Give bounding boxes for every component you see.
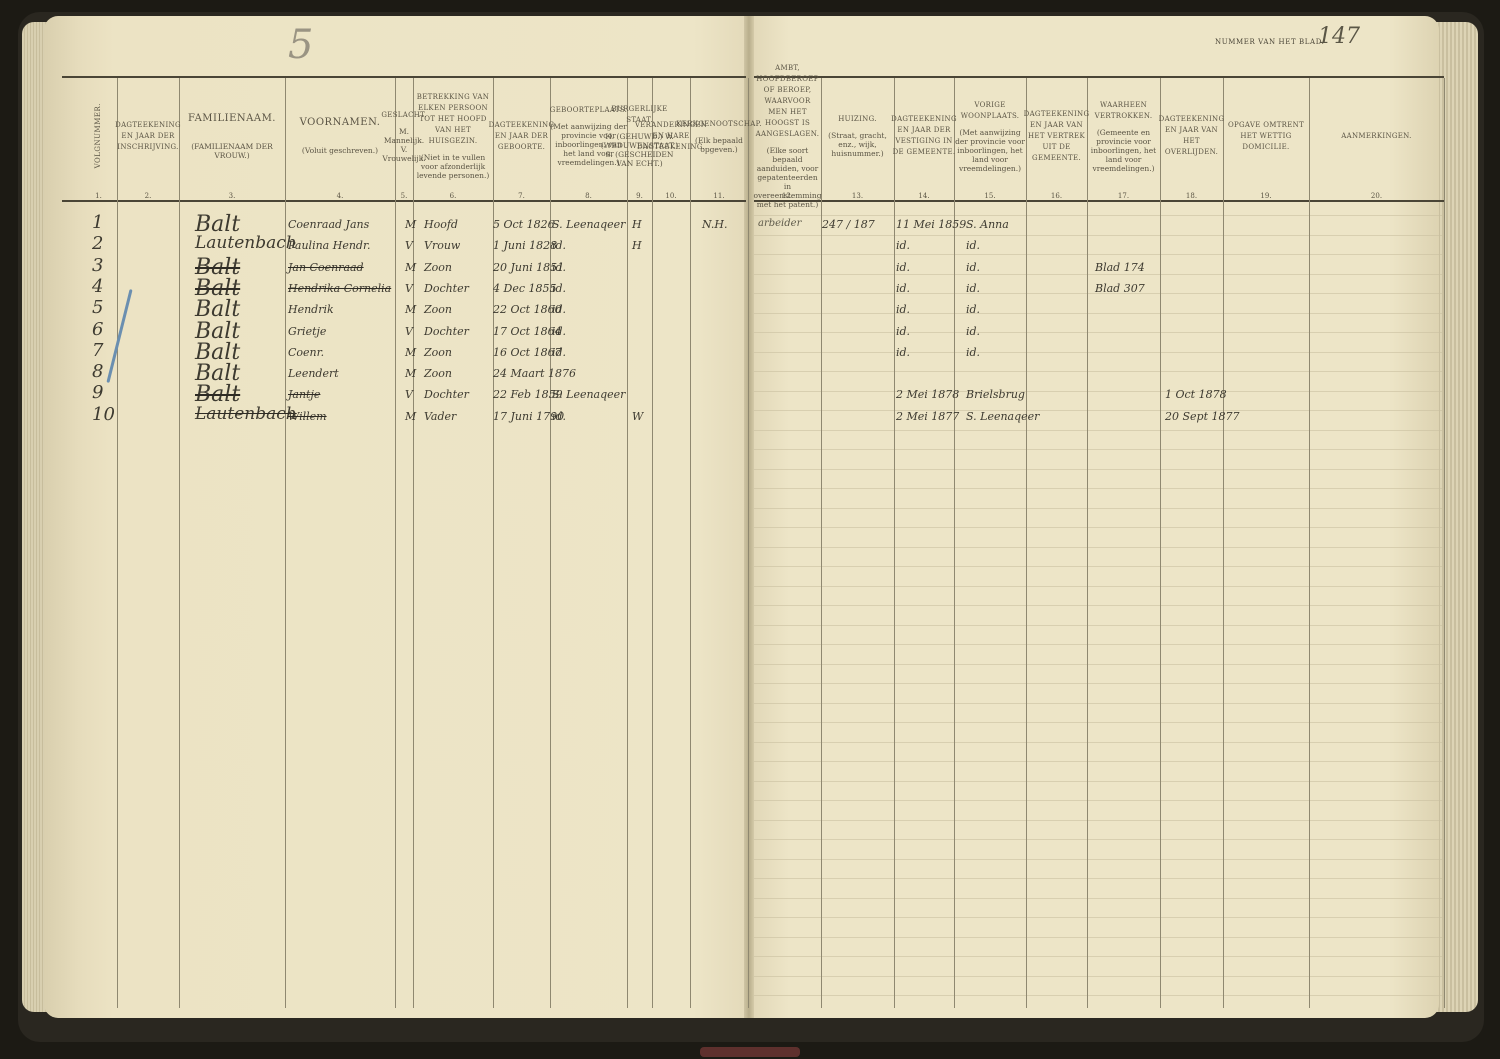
sex: M [405, 218, 416, 231]
pencil-mark: 5 [288, 22, 313, 68]
column-header: HUIZING.(Straat, gracht, enz., wijk, hui… [821, 82, 894, 190]
column-title: OPGAVE OMTRENT HET WETTIG DOMICILIE. [1223, 120, 1309, 153]
column-title: DAGTEEKENING EN JAAR DER VESTIGING IN DE… [891, 114, 957, 158]
ruled-line [754, 878, 1444, 879]
column-number: 17. [1087, 192, 1160, 200]
ruled-line [754, 605, 1444, 606]
relation: Dochter [424, 282, 469, 295]
relation: Vader [424, 410, 456, 423]
surname: Lautenbach [195, 233, 297, 253]
column-number: 4. [285, 192, 395, 200]
given-names: Jantje [288, 388, 320, 401]
column-subtitle: (Niet in te vullen voor afzonderlijk lev… [413, 153, 493, 180]
ruled-line [754, 508, 1444, 509]
column-header: AANMERKINGEN. [1309, 82, 1444, 190]
ruled-line [754, 449, 1444, 450]
ruled-line [754, 235, 1444, 236]
column-divider [690, 78, 691, 1008]
row-number: 2 [92, 233, 103, 254]
column-header: GESLACHT.M. Mannelijk. V. Vrouwelijk. [395, 82, 413, 190]
ruled-line [754, 644, 1444, 645]
sex: V [405, 388, 413, 401]
column-title: BETREKKING VAN ELKEN PERSOON TOT HET HOO… [413, 92, 493, 147]
ruled-line [754, 722, 1444, 723]
ruled-line [754, 547, 1444, 548]
ruled-line [754, 391, 1444, 392]
header-top-rule-right [754, 76, 1444, 78]
ruled-line [754, 430, 1444, 431]
given-names: Leendert [288, 367, 339, 380]
column-header: VOORNAMEN.(Voluit geschreven.) [285, 82, 395, 190]
sheet-number: 147 [1318, 24, 1360, 49]
column-title: VORIGE WOONPLAATS. [954, 100, 1026, 122]
column-divider [395, 78, 396, 1008]
column-number: 8. [550, 192, 627, 200]
column-subtitle: (Met aanwijzing der provincie voor inboo… [954, 128, 1026, 173]
birthplace: id. [552, 325, 566, 338]
given-names: Jan Coenraad [288, 261, 364, 274]
column-number: 6. [413, 192, 493, 200]
column-number: 11. [690, 192, 748, 200]
column-divider [1087, 78, 1088, 1008]
ruled-line [754, 781, 1444, 782]
sex: M [405, 367, 416, 380]
column-header: VERANDERINGEN EN HARE DAGTEEKENING. [652, 82, 690, 190]
column-title: DAGTEEKENING EN JAAR VAN HET OVERLIJDEN. [1159, 114, 1225, 158]
previous-residence: id. [966, 303, 980, 316]
column-title: FAMILIENAAM. [188, 113, 276, 124]
ruled-line [754, 820, 1444, 821]
column-number: 1. [80, 192, 117, 200]
birthplace: S. Leenaqeer [552, 218, 625, 231]
column-divider [652, 78, 653, 1008]
ruled-line [754, 859, 1444, 860]
sex: V [405, 239, 413, 252]
column-title: AMBT, HOOFDBEROEP OF BEROEP, WAARVOOR ME… [754, 63, 821, 140]
column-title: AANMERKINGEN. [1341, 131, 1411, 142]
row-number: 8 [92, 361, 103, 382]
column-divider [1444, 78, 1445, 1008]
previous-residence: Brielsbrug [966, 388, 1025, 401]
column-title: VOLGNUMMER. [93, 103, 104, 168]
column-title: KERKGENOOTSCHAP. [676, 119, 761, 130]
ruled-line [754, 995, 1444, 996]
column-number: 5. [395, 192, 413, 200]
given-names: Coenr. [288, 346, 324, 359]
settlement-date: 2 Mei 1877 [896, 410, 959, 423]
row-number: 4 [92, 276, 103, 297]
previous-residence: S. Anna [966, 218, 1009, 231]
column-header: DAGTEEKENING EN JAAR VAN HET OVERLIJDEN. [1160, 82, 1223, 190]
ruled-line [754, 469, 1444, 470]
ruled-line [754, 371, 1444, 372]
row-number: 10 [92, 404, 115, 425]
birth-date: 5 Oct 1826 [493, 218, 555, 231]
sheet-label: NUMMER VAN HET BLAD. [1215, 38, 1325, 46]
column-divider [1309, 78, 1310, 1008]
column-number: 20. [1309, 192, 1444, 200]
ruled-line [754, 254, 1444, 255]
ruled-line [754, 761, 1444, 762]
given-names: Grietje [288, 325, 326, 338]
row-number: 7 [92, 340, 103, 361]
relation: Dochter [424, 388, 469, 401]
column-header: DAGTEEKENING EN JAAR DER INSCHRIJVING. [117, 82, 179, 190]
relation: Zoon [424, 367, 452, 380]
birthplace: id. [552, 303, 566, 316]
column-title: HUIZING. [838, 114, 877, 125]
column-number: 10. [652, 192, 690, 200]
column-number: 9. [627, 192, 652, 200]
column-divider [1160, 78, 1161, 1008]
column-header: WAARHEEN VERTROKKEN.(Gemeente en provinc… [1087, 82, 1160, 190]
column-divider [748, 78, 749, 1008]
ruled-line [754, 566, 1444, 567]
departed-to: Blad 174 [1095, 261, 1145, 274]
column-header: BETREKKING VAN ELKEN PERSOON TOT HET HOO… [413, 82, 493, 190]
birthplace: S. Leenaqeer [552, 388, 625, 401]
religion: N.H. [702, 218, 728, 231]
birthplace: id. [552, 239, 566, 252]
previous-residence: id. [966, 239, 980, 252]
birthplace: id. [552, 261, 566, 274]
settlement-date: id. [896, 239, 910, 252]
column-header: KERKGENOOTSCHAP.(Elk bepaald opgeven.) [690, 82, 748, 190]
settlement-date: id. [896, 303, 910, 316]
column-header: AMBT, HOOFDBEROEP OF BEROEP, WAARVOOR ME… [754, 82, 821, 190]
previous-residence: id. [966, 325, 980, 338]
ruled-line [754, 683, 1444, 684]
column-subtitle: (FAMILIENAAM DER VROUW.) [179, 142, 285, 160]
column-subtitle: (Elk bepaald opgeven.) [690, 136, 748, 154]
ruled-line [754, 703, 1444, 704]
settlement-date: id. [896, 261, 910, 274]
birth-date: 1 Juni 1828 [493, 239, 557, 252]
settlement-date: id. [896, 282, 910, 295]
relation: Zoon [424, 261, 452, 274]
previous-residence: id. [966, 346, 980, 359]
column-number: 19. [1223, 192, 1309, 200]
column-header: FAMILIENAAM.(FAMILIENAAM DER VROUW.) [179, 82, 285, 190]
birth-date: 4 Dec 1855 [493, 282, 556, 295]
ruled-line [754, 898, 1444, 899]
header-bottom-rule-right [754, 200, 1444, 202]
ruled-line [754, 313, 1444, 314]
ruled-line [754, 956, 1444, 957]
sex: M [405, 346, 416, 359]
settlement-date: id. [896, 346, 910, 359]
ruled-line [754, 527, 1444, 528]
relation: Zoon [424, 346, 452, 359]
civil-status: W [632, 410, 643, 423]
house-number: 247 / 187 [822, 218, 875, 231]
column-header: DAGTEEKENING EN JAAR DER GEBOORTE. [493, 82, 550, 190]
column-divider [179, 78, 180, 1008]
given-names: Hendrik [288, 303, 334, 316]
ruled-line [754, 332, 1444, 333]
ruled-line [754, 274, 1444, 275]
column-number: 18. [1160, 192, 1223, 200]
previous-residence: id. [966, 261, 980, 274]
column-subtitle: (Voluit geschreven.) [302, 146, 378, 155]
birthplace: id. [552, 346, 566, 359]
given-names: Coenraad Jans [288, 218, 369, 231]
relation: Vrouw [424, 239, 460, 252]
death-date: 1 Oct 1878 [1165, 388, 1227, 401]
column-divider [894, 78, 895, 1008]
row-number: 9 [92, 382, 103, 403]
ruled-line [754, 625, 1444, 626]
previous-residence: S. Leenaqeer [966, 410, 1039, 423]
column-number: 12. [754, 192, 821, 200]
ruled-line [754, 917, 1444, 918]
column-divider [627, 78, 628, 1008]
row-number: 1 [92, 212, 103, 233]
column-number: 2. [117, 192, 179, 200]
given-names: Hendrika Cornelia [288, 282, 391, 295]
column-title: VOORNAMEN. [300, 117, 381, 128]
death-date: 20 Sept 1877 [1165, 410, 1240, 423]
settlement-date: 2 Mei 1878 [896, 388, 959, 401]
sex: V [405, 282, 413, 295]
row-number: 6 [92, 319, 103, 340]
column-number: 14. [894, 192, 954, 200]
ruled-line [754, 742, 1444, 743]
column-subtitle: (Straat, gracht, enz., wijk, huisnummer.… [821, 131, 894, 158]
occupation: arbeider [758, 218, 801, 229]
sex: M [405, 303, 416, 316]
settlement-date: id. [896, 325, 910, 338]
civil-status: H [632, 218, 642, 231]
header-bottom-rule [62, 200, 746, 202]
column-number: 13. [821, 192, 894, 200]
given-names: Willem [288, 410, 327, 423]
column-divider [285, 78, 286, 1008]
row-number: 5 [92, 297, 103, 318]
relation: Zoon [424, 303, 452, 316]
column-header: VORIGE WOONPLAATS.(Met aanwijzing der pr… [954, 82, 1026, 190]
column-number: 7. [493, 192, 550, 200]
column-subtitle: (Gemeente en provincie voor inboorlingen… [1087, 128, 1160, 173]
given-names: Paulina Hendr. [288, 239, 371, 252]
ruled-line [754, 215, 1444, 216]
ruled-line [754, 352, 1444, 353]
ruled-line [754, 937, 1444, 938]
ruled-line [754, 839, 1444, 840]
column-header: VOLGNUMMER. [80, 82, 117, 190]
column-title: WAARHEEN VERTROKKEN. [1087, 100, 1160, 122]
relation: Hoofd [424, 218, 458, 231]
sex: M [405, 261, 416, 274]
ruled-line [754, 800, 1444, 801]
ruled-line [754, 586, 1444, 587]
ruled-line [754, 664, 1444, 665]
column-divider [1223, 78, 1224, 1008]
column-header: OPGAVE OMTRENT HET WETTIG DOMICILIE. [1223, 82, 1309, 190]
column-header: DAGTEEKENING EN JAAR VAN HET VERTREK UIT… [1026, 82, 1087, 190]
column-number: 16. [1026, 192, 1087, 200]
column-title: DAGTEEKENING EN JAAR DER GEBOORTE. [489, 120, 555, 153]
ruled-line [754, 488, 1444, 489]
header-top-rule [62, 76, 746, 78]
spine-binding [700, 1047, 800, 1057]
row-number: 3 [92, 255, 103, 276]
sex: V [405, 325, 413, 338]
birthplace: id. [552, 282, 566, 295]
birthplace: id. [552, 410, 566, 423]
column-divider [117, 78, 118, 1008]
sex: M [405, 410, 416, 423]
column-number: 3. [179, 192, 285, 200]
civil-status: H [632, 239, 642, 252]
departed-to: Blad 307 [1095, 282, 1145, 295]
column-title: DAGTEEKENING EN JAAR VAN HET VERTREK UIT… [1024, 109, 1090, 164]
column-divider [1026, 78, 1027, 1008]
settlement-date: 11 Mei 1859 [896, 218, 966, 231]
birth-date: 24 Maart 1876 [493, 367, 576, 380]
column-number: 15. [954, 192, 1026, 200]
surname: Lautenbach [195, 404, 297, 424]
column-title: DAGTEEKENING EN JAAR DER INSCHRIJVING. [115, 120, 181, 153]
previous-residence: id. [966, 282, 980, 295]
ruled-line [754, 410, 1444, 411]
column-header: DAGTEEKENING EN JAAR DER VESTIGING IN DE… [894, 82, 954, 190]
ruled-line [754, 976, 1444, 977]
relation: Dochter [424, 325, 469, 338]
